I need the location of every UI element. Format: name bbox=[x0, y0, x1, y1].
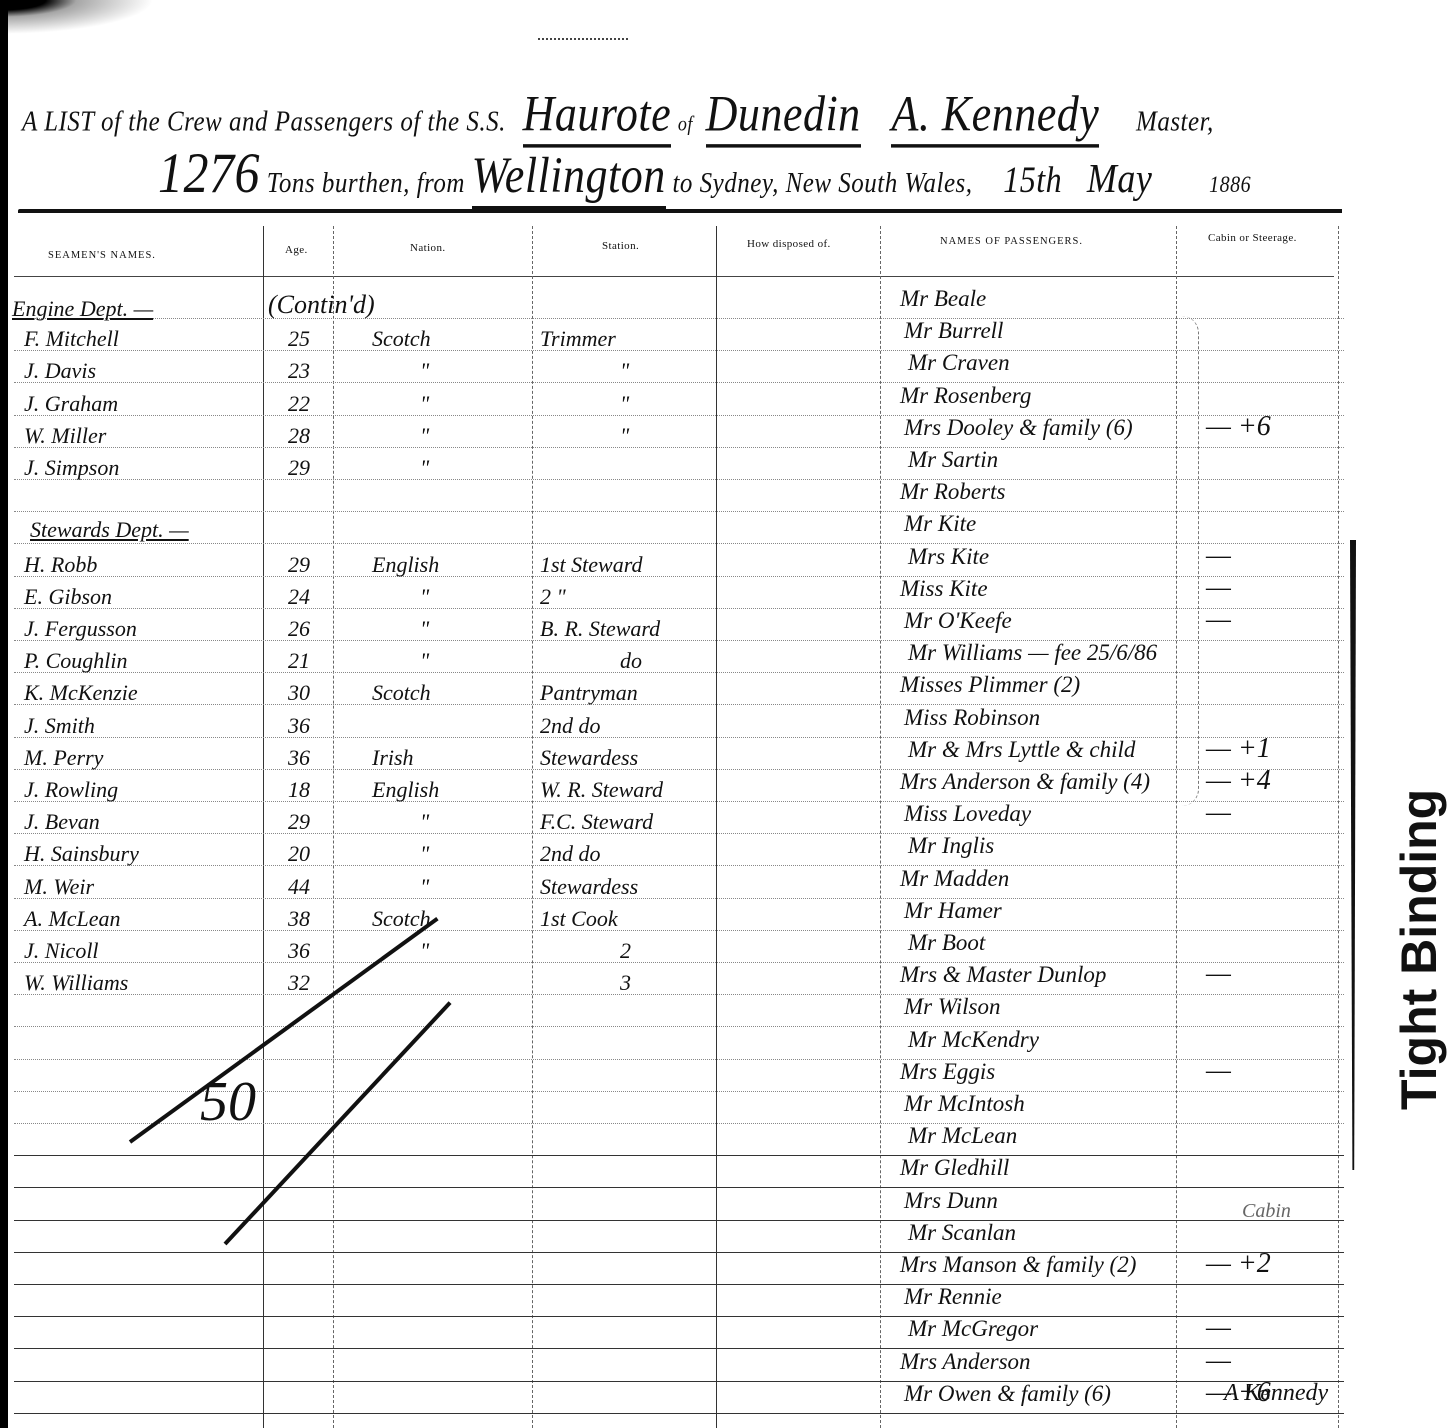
tight-binding-stamp: Tight Binding bbox=[1390, 789, 1448, 1110]
passenger-name: Mr Boot bbox=[908, 930, 985, 956]
passenger-name: Misses Plimmer (2) bbox=[900, 672, 1080, 698]
col-header-station: Station. bbox=[602, 240, 639, 252]
ruled-line bbox=[14, 511, 1344, 512]
date-year: 1886 bbox=[1209, 173, 1251, 198]
col-header-cabin-steerage: Cabin or Steerage. bbox=[1208, 232, 1297, 244]
ruled-line bbox=[14, 1316, 1344, 1317]
ruled-line bbox=[14, 576, 1344, 577]
seaman-name: F. Mitchell bbox=[24, 326, 119, 352]
seaman-station: 2nd do bbox=[540, 713, 601, 739]
passenger-name: Mr McIntosh bbox=[904, 1091, 1025, 1117]
cabin-steerage-mark: — bbox=[1206, 797, 1231, 829]
ruled-line bbox=[14, 1381, 1344, 1382]
passenger-name: Mr McGregor bbox=[908, 1316, 1038, 1342]
continued-note: (Contin'd) bbox=[268, 290, 375, 320]
seaman-nation: " bbox=[420, 584, 429, 610]
seaman-station: " bbox=[620, 423, 629, 449]
seaman-age: 21 bbox=[288, 648, 310, 674]
ruled-line bbox=[14, 1155, 1344, 1156]
seaman-station: 2nd do bbox=[540, 841, 601, 867]
date-month: May bbox=[1087, 155, 1152, 201]
seaman-age: 44 bbox=[288, 874, 310, 900]
passenger-name: Mrs Dunn bbox=[904, 1188, 998, 1214]
seaman-nation: " bbox=[420, 648, 429, 674]
passenger-name: Mr Rennie bbox=[904, 1284, 1002, 1310]
seaman-nation: " bbox=[420, 358, 429, 384]
title-prefix: A LIST of the Crew and Passengers of the… bbox=[22, 106, 506, 137]
seaman-age: 28 bbox=[288, 423, 310, 449]
ruled-line bbox=[14, 608, 1344, 609]
top-decorative-rule bbox=[538, 38, 628, 40]
passenger-name: Mr Beale bbox=[900, 286, 986, 312]
tons-label: Tons burthen, from bbox=[267, 168, 465, 199]
cabin-steerage-mark: — bbox=[1206, 1345, 1231, 1377]
passenger-name: Mrs Eggis bbox=[900, 1059, 995, 1085]
master-label: Master, bbox=[1136, 106, 1214, 137]
seaman-station: " bbox=[620, 391, 629, 417]
seaman-nation: " bbox=[420, 455, 429, 481]
passenger-name: Mrs Anderson bbox=[900, 1349, 1031, 1375]
seaman-nation: " bbox=[420, 841, 429, 867]
seaman-age: 29 bbox=[288, 455, 310, 481]
cabin-steerage-mark: — bbox=[1206, 958, 1231, 990]
seaman-name: J. Bevan bbox=[24, 809, 100, 835]
ruled-line bbox=[14, 1284, 1344, 1285]
passenger-name: Mr & Mrs Lyttle & child bbox=[908, 737, 1135, 763]
seaman-station: W. R. Steward bbox=[540, 777, 663, 803]
ruled-line bbox=[14, 737, 1344, 738]
col-header-nation: Nation. bbox=[410, 242, 446, 254]
passenger-name: Mr Hamer bbox=[904, 898, 1002, 924]
cabin-marginal-note: Cabin bbox=[1242, 1200, 1291, 1223]
cabin-steerage-mark: — bbox=[1206, 604, 1231, 636]
ruled-line bbox=[14, 672, 1344, 673]
title-line-1: A LIST of the Crew and Passengers of the… bbox=[22, 84, 1214, 143]
column-divider bbox=[880, 226, 881, 1428]
seaman-station: 3 bbox=[620, 970, 631, 996]
date-day: 15th bbox=[1003, 159, 1062, 200]
seaman-name: J. Simpson bbox=[24, 455, 119, 481]
seaman-age: 29 bbox=[288, 809, 310, 835]
cabin-steerage-mark: — +4 bbox=[1206, 765, 1271, 797]
seaman-station: do bbox=[620, 648, 642, 674]
ruled-line bbox=[14, 801, 1344, 802]
seaman-nation: Irish bbox=[372, 745, 414, 771]
seaman-name: J. Smith bbox=[24, 713, 95, 739]
cabin-steerage-mark: — +1 bbox=[1206, 733, 1271, 765]
seaman-age: 30 bbox=[288, 680, 310, 706]
seaman-nation: English bbox=[372, 552, 439, 578]
ship-name: Haurote bbox=[523, 86, 672, 148]
passenger-name: Mr Craven bbox=[908, 350, 1010, 376]
ruled-line bbox=[14, 447, 1344, 448]
passenger-name: Mr Kite bbox=[904, 511, 976, 537]
col-header-passenger-names: NAMES OF PASSENGERS. bbox=[940, 236, 1083, 247]
tonnage: 1276 bbox=[158, 140, 260, 204]
seaman-nation: Scotch bbox=[372, 680, 431, 706]
ruled-line bbox=[14, 1413, 1344, 1414]
of-label: of bbox=[678, 112, 693, 135]
binding-marker-bar bbox=[1350, 540, 1356, 1170]
page-scan-edge bbox=[0, 0, 8, 1428]
passenger-name: Mr Inglis bbox=[908, 833, 994, 859]
seaman-name: J. Nicoll bbox=[24, 938, 99, 964]
seaman-name: E. Gibson bbox=[24, 584, 112, 610]
ruled-line bbox=[14, 1026, 1344, 1027]
page-corner-shadow bbox=[0, 0, 180, 40]
seaman-age: 24 bbox=[288, 584, 310, 610]
passenger-name: Mr Scanlan bbox=[908, 1220, 1016, 1246]
col-header-seamen-names: SEAMEN'S NAMES. bbox=[48, 250, 156, 261]
ruled-line bbox=[14, 1348, 1344, 1349]
seaman-age: 20 bbox=[288, 841, 310, 867]
engine-dept-heading: Engine Dept. — bbox=[12, 296, 153, 322]
ruled-line bbox=[14, 994, 1344, 995]
passenger-name: Mrs Manson & family (2) bbox=[900, 1252, 1136, 1278]
ruled-line bbox=[14, 833, 1344, 834]
seaman-station: Trimmer bbox=[540, 326, 616, 352]
seaman-age: 36 bbox=[288, 938, 310, 964]
ruled-line bbox=[14, 898, 1344, 899]
departure-port: Wellington bbox=[472, 147, 666, 209]
seaman-nation: " bbox=[420, 616, 429, 642]
seaman-age: 36 bbox=[288, 745, 310, 771]
seaman-age: 36 bbox=[288, 713, 310, 739]
seaman-nation: " bbox=[420, 809, 429, 835]
cabin-steerage-mark: — bbox=[1206, 1312, 1231, 1344]
passenger-name: Mr McLean bbox=[908, 1123, 1017, 1149]
seaman-name: W. Miller bbox=[24, 423, 106, 449]
seaman-station: 1st Cook bbox=[540, 906, 618, 932]
passenger-name: Miss Loveday bbox=[904, 801, 1031, 827]
column-divider bbox=[333, 226, 334, 1428]
passenger-name: Mr Rosenberg bbox=[900, 383, 1031, 409]
seaman-name: M. Perry bbox=[24, 745, 103, 771]
cabin-steerage-mark: — bbox=[1206, 1055, 1231, 1087]
destination-label: to Sydney, New South Wales, bbox=[672, 168, 972, 199]
master-signature: A Kennedy bbox=[1224, 1380, 1328, 1407]
passenger-name: Mrs Dooley & family (6) bbox=[904, 415, 1133, 441]
port-of-registry: Dunedin bbox=[706, 86, 861, 148]
seaman-age: 23 bbox=[288, 358, 310, 384]
seaman-name: J. Davis bbox=[24, 358, 96, 384]
seaman-station: " bbox=[620, 358, 629, 384]
seaman-nation: Scotch bbox=[372, 326, 431, 352]
seaman-name: H. Robb bbox=[24, 552, 97, 578]
master-name: A. Kennedy bbox=[891, 86, 1099, 148]
seaman-station: 2 bbox=[620, 938, 631, 964]
ruled-line bbox=[14, 962, 1344, 963]
passenger-name: Mr Gledhill bbox=[900, 1155, 1009, 1181]
passenger-name: Miss Kite bbox=[900, 576, 988, 602]
seaman-name: M. Weir bbox=[24, 874, 94, 900]
column-divider bbox=[532, 226, 533, 1428]
passenger-name: Mrs Anderson & family (4) bbox=[900, 769, 1150, 795]
seaman-age: 38 bbox=[288, 906, 310, 932]
ruled-line bbox=[14, 1059, 1344, 1060]
ruled-line bbox=[14, 479, 1344, 480]
column-divider bbox=[1338, 226, 1339, 1428]
ruled-line bbox=[14, 1220, 1344, 1221]
passenger-name: Miss Robinson bbox=[904, 705, 1040, 731]
column-divider bbox=[716, 226, 717, 1428]
cabin-steerage-mark: — +6 bbox=[1206, 411, 1271, 443]
seaman-name: J. Rowling bbox=[24, 777, 118, 803]
seaman-nation: " bbox=[420, 391, 429, 417]
column-divider bbox=[1176, 226, 1177, 1428]
seaman-nation: " bbox=[420, 938, 429, 964]
strike-line bbox=[129, 917, 439, 1144]
ruled-line bbox=[14, 865, 1344, 866]
ruled-line bbox=[14, 318, 1344, 319]
cabin-steerage-mark: — bbox=[1206, 540, 1231, 572]
passenger-name: Mr Owen & family (6) bbox=[904, 1381, 1111, 1407]
seaman-age: 29 bbox=[288, 552, 310, 578]
passenger-name: Mr Sartin bbox=[908, 447, 998, 473]
passenger-name: Mr Burrell bbox=[904, 318, 1003, 344]
seaman-name: J. Graham bbox=[24, 391, 118, 417]
seaman-age: 25 bbox=[288, 326, 310, 352]
col-header-age: Age. bbox=[285, 244, 308, 256]
ruled-line bbox=[14, 415, 1344, 416]
passenger-name: Mr Madden bbox=[900, 866, 1009, 892]
col-header-how-disposed: How disposed of. bbox=[747, 238, 831, 250]
header-rule bbox=[18, 209, 1342, 213]
seaman-name: J. Fergusson bbox=[24, 616, 137, 642]
seaman-station: Stewardess bbox=[540, 874, 638, 900]
title-line-2: 1276 Tons burthen, from Wellington to Sy… bbox=[158, 139, 1251, 206]
cabin-steerage-mark: — bbox=[1206, 572, 1231, 604]
passenger-name: Mr Roberts bbox=[900, 479, 1005, 505]
seaman-name: H. Sainsbury bbox=[24, 841, 139, 867]
ruled-line bbox=[14, 350, 1344, 351]
stewards-dept-heading: Stewards Dept. — bbox=[30, 517, 189, 543]
column-divider bbox=[263, 226, 264, 1428]
ruled-line bbox=[14, 930, 1344, 931]
ruled-line bbox=[14, 1252, 1344, 1253]
seaman-nation: " bbox=[420, 874, 429, 900]
passenger-name: Mr O'Keefe bbox=[904, 608, 1012, 634]
seaman-station: Pantryman bbox=[540, 680, 638, 706]
passenger-name: Mr McKendry bbox=[908, 1027, 1039, 1053]
seaman-station: B. R. Steward bbox=[540, 616, 660, 642]
cabin-steerage-mark: — +2 bbox=[1206, 1248, 1271, 1280]
crew-total-tally: 50 bbox=[200, 1070, 256, 1134]
ruled-line bbox=[14, 382, 1344, 383]
ruled-line bbox=[14, 1187, 1344, 1188]
seaman-name: W. Williams bbox=[24, 970, 128, 996]
bracket-mark bbox=[1182, 316, 1199, 806]
seaman-station: F.C. Steward bbox=[540, 809, 653, 835]
seaman-station: 1st Steward bbox=[540, 552, 642, 578]
seaman-age: 22 bbox=[288, 391, 310, 417]
ruled-line bbox=[14, 704, 1344, 705]
seaman-nation: English bbox=[372, 777, 439, 803]
header-underline bbox=[14, 276, 1334, 277]
passenger-name: Mrs & Master Dunlop bbox=[900, 962, 1106, 988]
seaman-name: A. McLean bbox=[24, 906, 121, 932]
seaman-age: 32 bbox=[288, 970, 310, 996]
seaman-name: P. Coughlin bbox=[24, 648, 128, 674]
seaman-name: K. McKenzie bbox=[24, 680, 138, 706]
seaman-age: 26 bbox=[288, 616, 310, 642]
seaman-station: 2 " bbox=[540, 584, 566, 610]
seaman-nation: " bbox=[420, 423, 429, 449]
passenger-name: Mr Williams — fee 25/6/86 bbox=[908, 640, 1157, 666]
passenger-name: Mrs Kite bbox=[908, 544, 989, 570]
passenger-name: Mr Wilson bbox=[904, 994, 1000, 1020]
ruled-line bbox=[14, 543, 1344, 544]
seaman-age: 18 bbox=[288, 777, 310, 803]
seaman-station: Stewardess bbox=[540, 745, 638, 771]
